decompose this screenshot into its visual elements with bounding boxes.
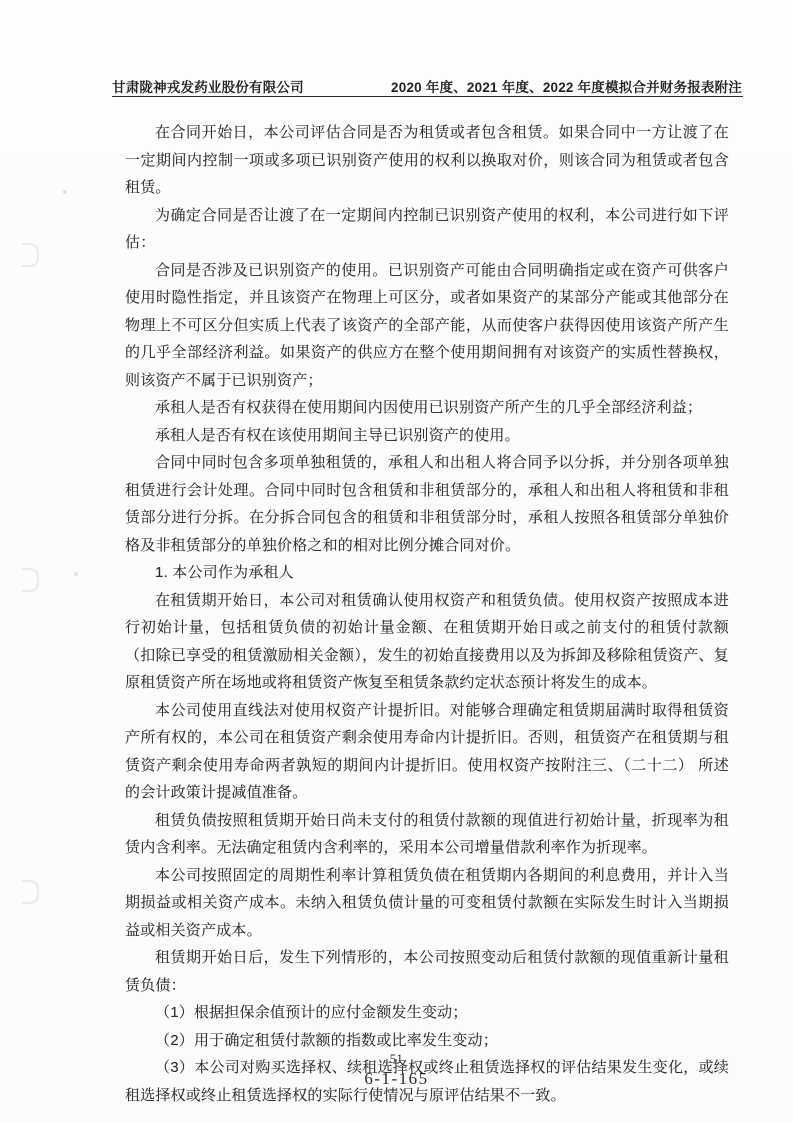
paragraph: 合同中同时包含多项单独租赁的，承租人和出租人将合同予以分拆，并分别各项单独租赁进… — [125, 449, 729, 559]
scan-artifact — [22, 243, 39, 267]
scan-artifact — [22, 568, 39, 592]
paragraph: 合同是否涉及已识别资产的使用。已识别资产可能由合同明确指定或在资产可供客户使用时… — [125, 257, 729, 395]
paragraph: 本公司按照固定的周期性利率计算租赁负债在租赁期内各期间的利息费用，并计入当期损益… — [125, 862, 729, 945]
page-footer: 51 6-1-165 — [0, 1052, 793, 1089]
header-company-name: 甘肃陇神戎发药业股份有限公司 — [112, 76, 304, 96]
paragraph: 租赁期开始日后，发生下列情形的，本公司按照变动后租赁付款额的现值重新计量租赁负债… — [125, 944, 729, 999]
footer-page-number: 51 — [0, 1052, 793, 1067]
paragraph: 租赁负债按照租赁期开始日尚未支付的租赁付款额的现值进行初始计量，折现率为租赁内含… — [125, 807, 729, 862]
paragraph: 在合同开始日，本公司评估合同是否为租赁或者包含租赁。如果合同中一方让渡了在一定期… — [125, 119, 729, 202]
paragraph: 承租人是否有权获得在使用期间内因使用已识别资产所产生的几乎全部经济利益； — [125, 394, 729, 422]
paragraph: （1）根据担保余值预计的应付金额发生变动； — [125, 999, 729, 1027]
page-header: 甘肃陇神戎发药业股份有限公司 2020 年度、2021 年度、2022 年度模拟… — [112, 76, 742, 96]
scan-speck — [63, 190, 67, 194]
scanned-document-page: 甘肃陇神戎发药业股份有限公司 2020 年度、2021 年度、2022 年度模拟… — [0, 0, 793, 1122]
scan-speck — [74, 572, 78, 576]
paragraph: 为确定合同是否让渡了在一定期间内控制已识别资产使用的权利，本公司进行如下评估： — [125, 202, 729, 257]
paragraph: 承租人是否有权在该使用期间主导已识别资产的使用。 — [125, 422, 729, 450]
header-report-title: 2020 年度、2021 年度、2022 年度模拟合并财务报表附注 — [391, 76, 742, 96]
paragraph: 在租赁期开始日，本公司对租赁确认使用权资产和租赁负债。使用权资产按照成本进行初始… — [125, 587, 729, 697]
paragraph: （2）用于确定租赁付款额的指数或比率发生变动； — [125, 1027, 729, 1055]
header-divider-rule — [112, 96, 743, 97]
paragraph: 本公司使用直线法对使用权资产计提折旧。对能够合理确定租赁期届满时取得租赁资产所有… — [125, 697, 729, 807]
scan-artifact — [22, 880, 39, 904]
paragraph: 1. 本公司作为承租人 — [125, 559, 729, 587]
document-body: 在合同开始日，本公司评估合同是否为租赁或者包含租赁。如果合同中一方让渡了在一定期… — [125, 119, 729, 1109]
footer-doc-number: 6-1-165 — [0, 1069, 793, 1089]
